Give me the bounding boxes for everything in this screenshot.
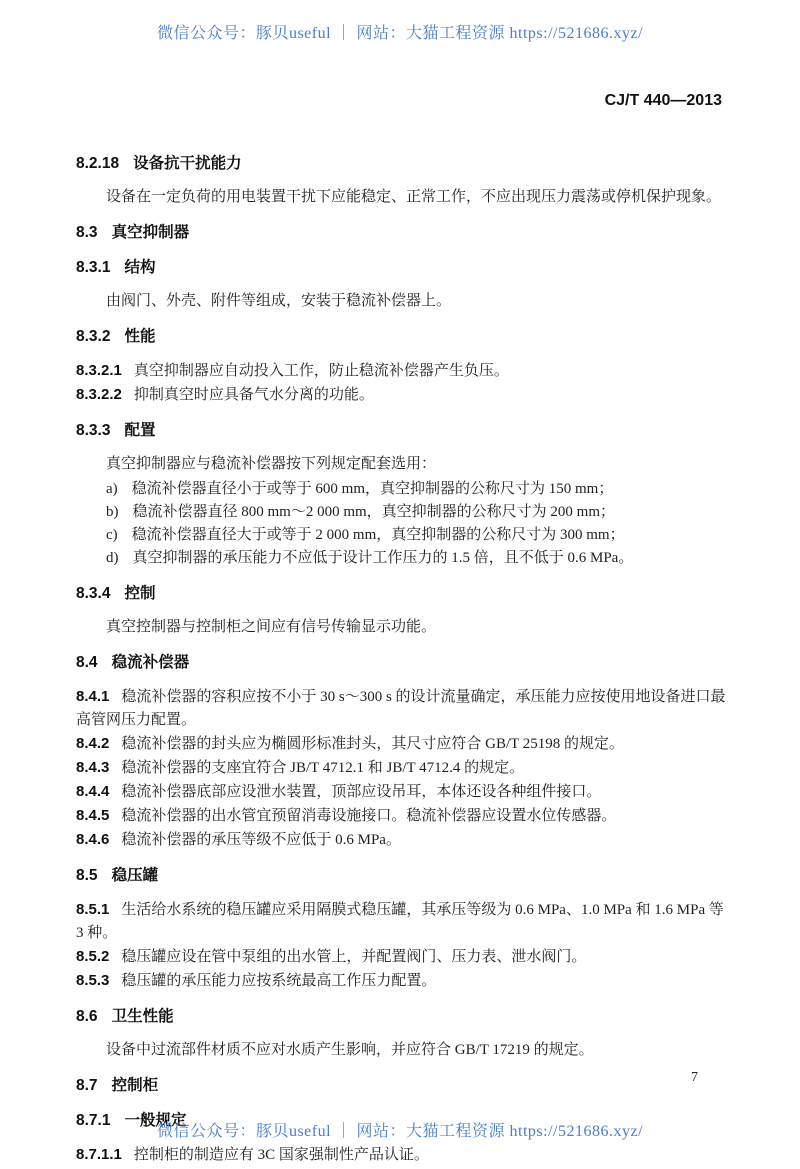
- heading-number: 8.4: [76, 654, 98, 671]
- clause-number: 8.4.5: [76, 807, 109, 824]
- list-text: 真空抑制器的承压能力不应低于设计工作压力的 1.5 倍，且不低于 0.6 MPa…: [133, 550, 634, 566]
- body-paragraph: 由阀门、外壳、附件等组成，安装于稳流补偿器上。: [76, 290, 726, 313]
- heading-title: 控制柜: [112, 1077, 159, 1094]
- clause-paragraph: 8.3.2.2抑制真空时应具备气水分离的功能。: [76, 383, 726, 407]
- clause-number: 8.5.3: [76, 972, 109, 989]
- list-text: 稳流补偿器直径 800 mm～2 000 mm，真空抑制器的公称尺寸为 200 …: [133, 504, 616, 520]
- clause-text: 控制柜的制造应有 3C 国家强制性产品认证。: [134, 1147, 429, 1163]
- heading-number: 8.2.18: [76, 155, 119, 172]
- list-marker: d): [106, 550, 119, 566]
- clause-text: 稳流补偿器的出水管宜预留消毒设施接口。稳流补偿器应设置水位传感器。: [121, 808, 616, 824]
- heading-title: 性能: [124, 328, 155, 345]
- list-item: c)稳流补偿器直径大于或等于 2 000 mm，真空抑制器的公称尺寸为 300 …: [76, 524, 726, 547]
- heading-number: 8.7: [76, 1077, 98, 1094]
- clause-number: 8.4.4: [76, 783, 109, 800]
- clause-paragraph: 8.7.1.1控制柜的制造应有 3C 国家强制性产品认证。: [76, 1143, 726, 1167]
- clause-number: 8.4.2: [76, 735, 109, 752]
- clause-number: 8.7.1.1: [76, 1146, 122, 1163]
- heading-number: 8.3.3: [76, 422, 110, 439]
- section-heading: 8.6卫生性能: [76, 1005, 726, 1028]
- body-paragraph: 真空控制器与控制柜之间应有信号传输显示功能。: [76, 616, 726, 639]
- clause-number: 8.3.2.2: [76, 386, 122, 403]
- clause-number: 8.5.1: [76, 901, 109, 918]
- section-heading: 8.3.4控制: [76, 582, 726, 605]
- clause-paragraph: 8.5.3稳压罐的承压能力应按系统最高工作压力配置。: [76, 969, 726, 993]
- section-heading: 8.3.2性能: [76, 325, 726, 348]
- clause-paragraph: 8.4.5稳流补偿器的出水管宜预留消毒设施接口。稳流补偿器应设置水位传感器。: [76, 804, 726, 828]
- heading-number: 8.3.1: [76, 259, 110, 276]
- standard-code: CJ/T 440—2013: [605, 92, 722, 110]
- clause-text: 稳流补偿器底部应设泄水装置，顶部应设吊耳，本体还设各种组件接口。: [121, 784, 601, 800]
- page-number: 7: [691, 1070, 698, 1086]
- clause-paragraph: 8.5.2稳压罐应设在管中泵组的出水管上，并配置阀门、压力表、泄水阀门。: [76, 945, 726, 969]
- clause-paragraph: 8.4.3稳流补偿器的支座宜符合 JB/T 4712.1 和 JB/T 4712…: [76, 756, 726, 780]
- clause-number: 8.4.6: [76, 831, 109, 848]
- list-item: b)稳流补偿器直径 800 mm～2 000 mm，真空抑制器的公称尺寸为 20…: [76, 501, 726, 524]
- list-item: d)真空抑制器的承压能力不应低于设计工作压力的 1.5 倍，且不低于 0.6 M…: [76, 547, 726, 570]
- clause-text: 真空抑制器应自动投入工作，防止稳流补偿器产生负压。: [134, 363, 509, 379]
- section-heading: 8.3真空抑制器: [76, 221, 726, 244]
- heading-title: 设备抗干扰能力: [133, 155, 242, 172]
- header-watermark: 微信公众号：豚贝useful ｜ 网站：大猫工程资源 https://52168…: [0, 20, 800, 43]
- heading-title: 结构: [124, 259, 155, 276]
- heading-title: 真空抑制器: [112, 224, 190, 241]
- heading-title: 稳流补偿器: [112, 654, 190, 671]
- clause-text: 稳流补偿器的封头应为椭圆形标准封头，其尺寸应符合 GB/T 25198 的规定。: [121, 736, 624, 752]
- clause-paragraph: 8.4.2稳流补偿器的封头应为椭圆形标准封头，其尺寸应符合 GB/T 25198…: [76, 732, 726, 756]
- clause-text: 抑制真空时应具备气水分离的功能。: [134, 387, 374, 403]
- body-paragraph: 设备中过流部件材质不应对水质产生影响，并应符合 GB/T 17219 的规定。: [76, 1039, 726, 1062]
- clause-number: 8.3.2.1: [76, 362, 122, 379]
- section-heading: 8.3.1结构: [76, 256, 726, 279]
- heading-title: 稳压罐: [112, 867, 159, 884]
- list-marker: b): [106, 504, 119, 520]
- heading-number: 8.3.4: [76, 585, 110, 602]
- clause-number: 8.4.1: [76, 688, 109, 705]
- section-heading: 8.7控制柜: [76, 1074, 726, 1097]
- list-marker: c): [106, 527, 118, 543]
- clause-text: 稳流补偿器的容积应按不小于 30 s～300 s 的设计流量确定，承压能力应按使…: [76, 689, 726, 728]
- clause-paragraph: 8.5.1生活给水系统的稳压罐应采用隔膜式稳压罐，其承压等级为 0.6 MPa、…: [76, 898, 726, 945]
- clause-text: 稳流补偿器的承压等级不应低于 0.6 MPa。: [121, 832, 401, 848]
- clause-text: 稳流补偿器的支座宜符合 JB/T 4712.1 和 JB/T 4712.4 的规…: [121, 760, 524, 776]
- heading-number: 8.3.2: [76, 328, 110, 345]
- section-heading: 8.4稳流补偿器: [76, 651, 726, 674]
- clause-paragraph: 8.3.2.1真空抑制器应自动投入工作，防止稳流补偿器产生负压。: [76, 359, 726, 383]
- list-marker: a): [106, 481, 118, 497]
- list-text: 稳流补偿器直径小于或等于 600 mm，真空抑制器的公称尺寸为 150 mm；: [132, 481, 614, 497]
- body-paragraph: 设备在一定负荷的用电装置干扰下应能稳定、正常工作，不应出现压力震荡或停机保护现象…: [76, 186, 726, 209]
- clause-number: 8.5.2: [76, 948, 109, 965]
- body-paragraph: 真空抑制器应与稳流补偿器按下列规定配套选用：: [76, 453, 726, 476]
- heading-number: 8.5: [76, 867, 98, 884]
- heading-number: 8.6: [76, 1008, 98, 1025]
- clause-text: 生活给水系统的稳压罐应采用隔膜式稳压罐，其承压等级为 0.6 MPa、1.0 M…: [76, 902, 724, 941]
- section-heading: 8.3.3配置: [76, 419, 726, 442]
- clause-text: 稳压罐的承压能力应按系统最高工作压力配置。: [121, 973, 436, 989]
- heading-title: 配置: [124, 422, 155, 439]
- list-text: 稳流补偿器直径大于或等于 2 000 mm，真空抑制器的公称尺寸为 300 mm…: [132, 527, 625, 543]
- section-heading: 8.2.18设备抗干扰能力: [76, 152, 726, 175]
- clause-text: 稳压罐应设在管中泵组的出水管上，并配置阀门、压力表、泄水阀门。: [121, 949, 586, 965]
- heading-title: 控制: [124, 585, 155, 602]
- list-item: a)稳流补偿器直径小于或等于 600 mm，真空抑制器的公称尺寸为 150 mm…: [76, 478, 726, 501]
- clause-paragraph: 8.4.1稳流补偿器的容积应按不小于 30 s～300 s 的设计流量确定，承压…: [76, 685, 726, 732]
- footer-watermark: 微信公众号：豚贝useful ｜ 网站：大猫工程资源 https://52168…: [0, 1118, 800, 1141]
- heading-title: 卫生性能: [112, 1008, 174, 1025]
- document-body: 8.2.18设备抗干扰能力设备在一定负荷的用电装置干扰下应能稳定、正常工作，不应…: [76, 140, 726, 1167]
- clause-paragraph: 8.4.6稳流补偿器的承压等级不应低于 0.6 MPa。: [76, 828, 726, 852]
- clause-number: 8.4.3: [76, 759, 109, 776]
- document-page: 微信公众号：豚贝useful ｜ 网站：大猫工程资源 https://52168…: [0, 0, 800, 1169]
- heading-number: 8.3: [76, 224, 98, 241]
- clause-paragraph: 8.4.4稳流补偿器底部应设泄水装置，顶部应设吊耳，本体还设各种组件接口。: [76, 780, 726, 804]
- section-heading: 8.5稳压罐: [76, 864, 726, 887]
